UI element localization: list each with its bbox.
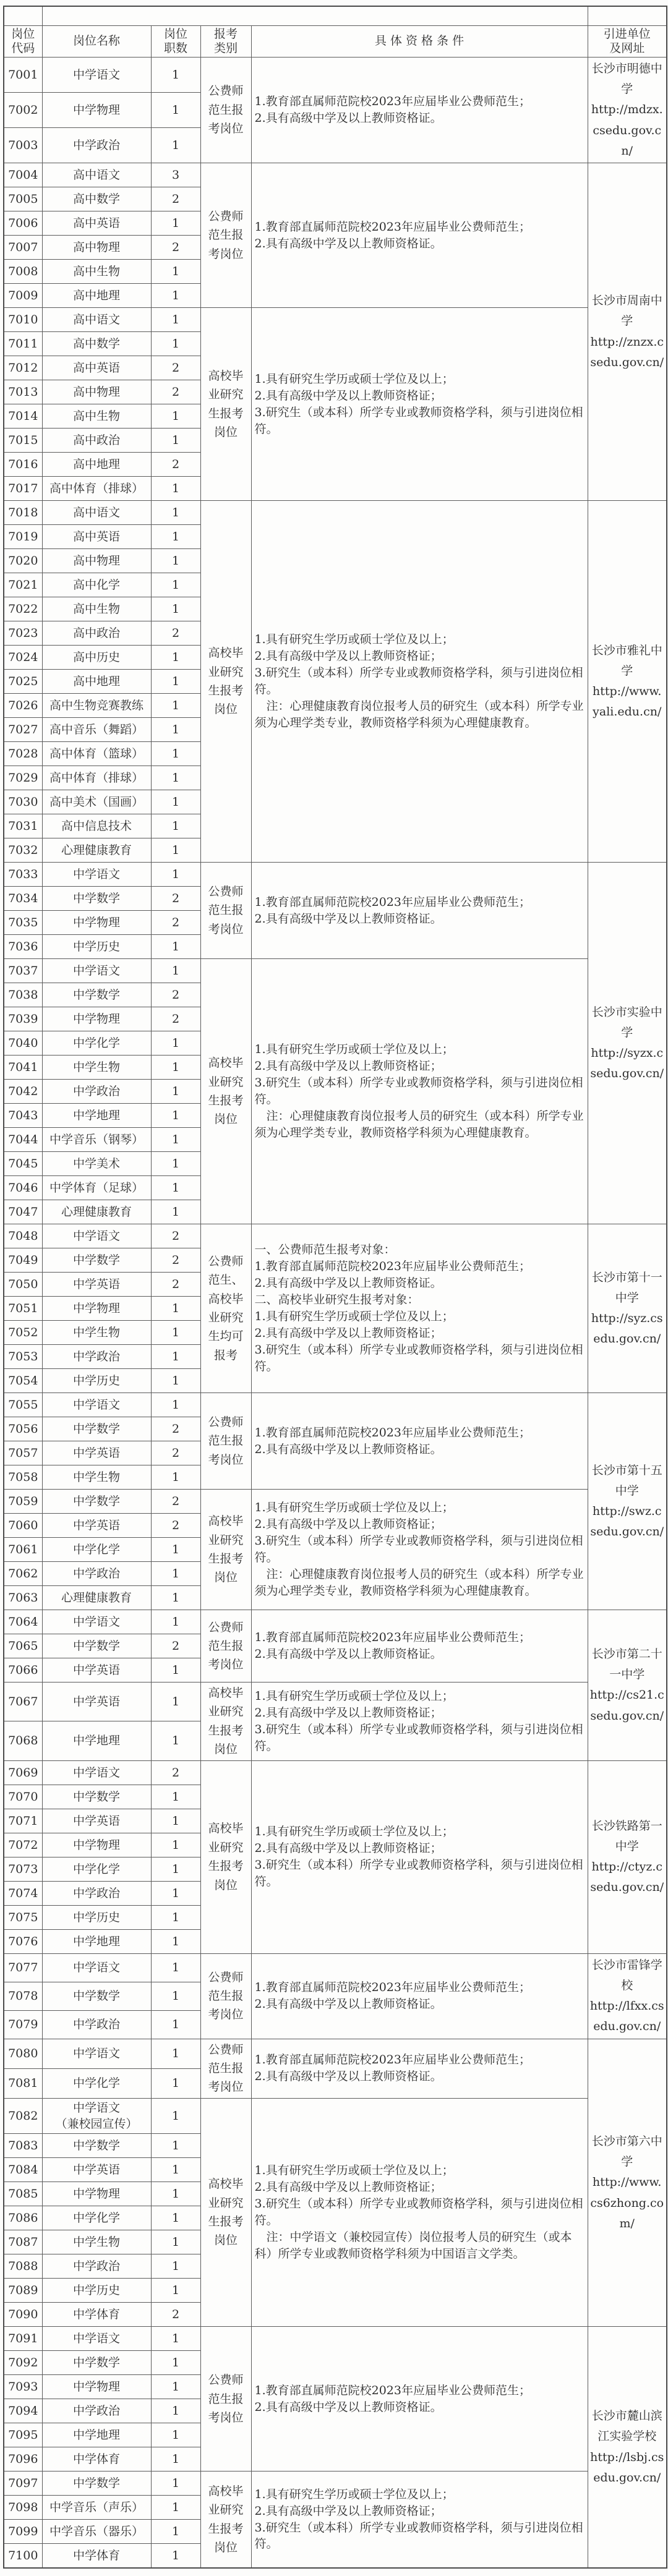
position-code-cell: 7043 (4, 1104, 42, 1128)
unit-school-name: 长沙市雅礼中学 (590, 641, 665, 682)
application-category-cell: 高校毕业研究生报考岗位 (200, 1490, 251, 1610)
position-count-cell: 1 (151, 2544, 200, 2568)
position-name-cell: 中学语文 (42, 2327, 151, 2351)
position-code-cell: 7052 (4, 1321, 42, 1345)
position-code-cell: 7039 (4, 1007, 42, 1031)
position-code-cell: 7088 (4, 2254, 42, 2279)
position-name-cell: 中学数学 (42, 2351, 151, 2375)
unit-school-name: 长沙市明德中学 (590, 59, 665, 100)
position-count-cell: 1 (151, 2399, 200, 2423)
position-code-cell: 7096 (4, 2447, 42, 2472)
position-count-cell: 1 (151, 1683, 200, 1721)
position-count-cell: 1 (151, 57, 200, 92)
position-code-cell: 7063 (4, 1586, 42, 1610)
position-code-cell: 7074 (4, 1881, 42, 1905)
qualification-conditions-cell: 一、公费师范生报考对象： 1.教育部直属师范院校2023年应届毕业公费师范生； … (251, 1224, 588, 1393)
position-code-cell: 7045 (4, 1152, 42, 1176)
position-code-cell: 7089 (4, 2279, 42, 2303)
position-name-cell: 高中物理 (42, 236, 151, 260)
application-category-cell: 公费师范生报考岗位 (200, 2327, 251, 2472)
position-name-cell: 中学体育 (42, 2447, 151, 2472)
position-name-cell: 中学化学 (42, 2206, 151, 2230)
position-count-cell: 1 (151, 2279, 200, 2303)
positions-table-body: 7001中学语文1公费师范生报考岗位1.教育部直属师范院校2023年应届毕业公费… (4, 57, 667, 2567)
position-count-cell: 1 (151, 1152, 200, 1176)
position-name-cell: 中学物理 (42, 911, 151, 935)
position-row: 7064中学语文1公费师范生报考岗位1.教育部直属师范院校2023年应届毕业公费… (4, 1610, 667, 1634)
header-position-code: 岗位 代码 (4, 25, 42, 57)
unit-school-name: 长沙市第二十一中学 (590, 1644, 665, 1686)
position-code-cell: 7070 (4, 1785, 42, 1809)
position-code-cell: 7034 (4, 887, 42, 911)
position-row: 7082中学语文 （兼校园宣传）1高校毕业研究生报考岗位1.具有研究生学历或硕士… (4, 2098, 667, 2133)
position-count-cell: 2 (151, 1490, 200, 1514)
position-code-cell: 7044 (4, 1128, 42, 1152)
position-name-cell: 中学化学 (42, 1031, 151, 1056)
position-row: 7033中学语文1公费师范生报考岗位1.教育部直属师范院校2023年应届毕业公费… (4, 863, 667, 887)
position-code-cell: 7014 (4, 404, 42, 429)
position-code-cell: 7047 (4, 1200, 42, 1224)
unit-website-url: http://znzx.csedu.gov.cn/ (590, 332, 665, 373)
qualification-conditions-cell: 1.教育部直属师范院校2023年应届毕业公费师范生； 2.具有高级中学及以上教师… (251, 1953, 588, 2039)
position-name-cell: 中学历史 (42, 1905, 151, 1929)
position-name-cell: 中学政治 (42, 2010, 151, 2039)
position-name-cell: 中学英语 (42, 1514, 151, 1538)
position-count-cell: 1 (151, 1982, 200, 2010)
application-category-cell: 公费师范生报考岗位 (200, 1953, 251, 2039)
unit-school-name: 长沙市麓山滨江实验学校 (590, 2406, 665, 2447)
application-category-cell: 公费师范生报考岗位 (200, 863, 251, 959)
position-count-cell: 1 (151, 2375, 200, 2399)
position-row: 7004高中语文3公费师范生报考岗位1.教育部直属师范院校2023年应届毕业公费… (4, 163, 667, 187)
application-category-cell: 高校毕业研究生报考岗位 (200, 959, 251, 1224)
position-count-cell: 1 (151, 2351, 200, 2375)
position-row: 7067中学英语1高校毕业研究生报考岗位1.具有研究生学历或硕士学位及以上； 2… (4, 1683, 667, 1721)
position-count-cell: 1 (151, 959, 200, 983)
position-count-cell: 1 (151, 694, 200, 718)
position-count-cell: 1 (151, 1031, 200, 1056)
position-count-cell: 1 (151, 790, 200, 814)
position-code-cell: 7066 (4, 1658, 42, 1683)
unit-website-url: http://cs21.csedu.gov.cn/ (590, 1685, 665, 1726)
position-count-cell: 1 (151, 1176, 200, 1200)
position-code-cell: 7056 (4, 1417, 42, 1441)
position-name-cell: 中学英语 (42, 1273, 151, 1297)
application-category-cell: 公费师范生报考岗位 (200, 163, 251, 308)
position-code-cell: 7025 (4, 670, 42, 694)
position-name-cell: 心理健康教育 (42, 1586, 151, 1610)
position-row: 7069中学语文2高校毕业研究生报考岗位1.具有研究生学历或硕士学位及以上； 2… (4, 1760, 667, 1785)
position-code-cell: 7046 (4, 1176, 42, 1200)
unit-school-name: 长沙市第十一中学 (590, 1268, 665, 1309)
position-code-cell: 7029 (4, 766, 42, 790)
unit-website-url: http://mdzx.csedu.gov.cn/ (590, 100, 665, 161)
header-unit-and-website: 引进单位 及网址 (588, 25, 667, 57)
application-category-cell: 高校毕业研究生报考岗位 (200, 501, 251, 863)
position-count-cell: 1 (151, 1393, 200, 1417)
position-code-cell: 7083 (4, 2134, 42, 2158)
position-name-cell: 高中物理 (42, 549, 151, 573)
unit-cell: 长沙市实验中学http://syzx.csedu.gov.cn/ (588, 863, 667, 1224)
position-name-cell: 中学历史 (42, 2279, 151, 2303)
position-count-cell: 1 (151, 1953, 200, 1982)
position-count-cell: 2 (151, 911, 200, 935)
position-count-cell: 1 (151, 718, 200, 742)
position-count-cell: 1 (151, 2068, 200, 2098)
position-code-cell: 7086 (4, 2206, 42, 2230)
unit-website-url: http://lfxx.csedu.gov.cn/ (590, 1996, 665, 2037)
unit-school-name: 长沙市实验中学 (590, 1002, 665, 1044)
unit-website-url: http://syz.csedu.gov.cn/ (590, 1308, 665, 1350)
position-count-cell: 1 (151, 742, 200, 766)
position-code-cell: 7079 (4, 2010, 42, 2039)
qualification-conditions-cell: 1.具有研究生学历或硕士学位及以上； 2.具有高级中学及以上教师资格证； 3.研… (251, 2098, 588, 2326)
application-category-cell: 高校毕业研究生报考岗位 (200, 308, 251, 501)
position-code-cell: 7067 (4, 1683, 42, 1721)
header-position-name: 岗位名称 (42, 25, 151, 57)
position-row: 7055中学语文1公费师范生报考岗位1.教育部直属师范院校2023年应届毕业公费… (4, 1393, 667, 1417)
unit-cell: 长沙市明德中学http://mdzx.csedu.gov.cn/ (588, 57, 667, 163)
position-code-cell: 7037 (4, 959, 42, 983)
position-name-cell: 中学数学 (42, 1982, 151, 2010)
position-row: 7010高中语文1高校毕业研究生报考岗位1.具有研究生学历或硕士学位及以上； 2… (4, 308, 667, 332)
position-name-cell: 中学英语 (42, 1658, 151, 1683)
position-name-cell: 高中英语 (42, 211, 151, 236)
position-name-cell: 心理健康教育 (42, 838, 151, 863)
position-name-cell: 中学语文 (42, 2039, 151, 2068)
position-row: 7080中学语文1公费师范生报考岗位1.教育部直属师范院校2023年应届毕业公费… (4, 2039, 667, 2068)
position-count-cell: 1 (151, 1056, 200, 1080)
position-count-cell: 1 (151, 1200, 200, 1224)
position-code-cell: 7071 (4, 1809, 42, 1833)
position-count-cell: 1 (151, 477, 200, 501)
position-name-cell: 中学数学 (42, 887, 151, 911)
qualification-conditions-cell: 1.具有研究生学历或硕士学位及以上； 2.具有高级中学及以上教师资格证； 3.研… (251, 1760, 588, 1953)
position-count-cell: 1 (151, 1321, 200, 1345)
position-count-cell: 1 (151, 92, 200, 127)
unit-school-name: 长沙铁路第一中学 (590, 1816, 665, 1857)
unit-website-url: http://swz.csedu.gov.cn/ (590, 1501, 665, 1543)
position-name-cell: 中学英语 (42, 2158, 151, 2182)
position-code-cell: 7077 (4, 1953, 42, 1982)
position-count-cell: 1 (151, 766, 200, 790)
position-code-cell: 7090 (4, 2303, 42, 2327)
position-code-cell: 7021 (4, 573, 42, 597)
position-count-cell: 1 (151, 260, 200, 284)
position-code-cell: 7015 (4, 429, 42, 453)
blank-cell-left (4, 6, 42, 25)
position-count-cell: 2 (151, 236, 200, 260)
position-count-cell: 1 (151, 646, 200, 670)
position-name-cell: 中学体育 (42, 2303, 151, 2327)
position-code-cell: 7016 (4, 453, 42, 477)
position-code-cell: 7050 (4, 1273, 42, 1297)
unit-cell: 长沙市麓山滨江实验学校http://lsbj.csedu.gov.cn/ (588, 2327, 667, 2568)
position-count-cell: 1 (151, 1721, 200, 1760)
position-count-cell: 1 (151, 1857, 200, 1881)
position-name-cell: 中学语文 (42, 1760, 151, 1785)
position-count-cell: 1 (151, 863, 200, 887)
position-code-cell: 7032 (4, 838, 42, 863)
position-code-cell: 7080 (4, 2039, 42, 2068)
position-count-cell: 1 (151, 1881, 200, 1905)
position-count-cell: 1 (151, 549, 200, 573)
position-count-cell: 1 (151, 573, 200, 597)
position-code-cell: 7054 (4, 1369, 42, 1393)
position-code-cell: 7040 (4, 1031, 42, 1056)
position-name-cell: 中学语文 (42, 1953, 151, 1982)
position-code-cell: 7085 (4, 2182, 42, 2206)
qualification-conditions-cell: 1.具有研究生学历或硕士学位及以上； 2.具有高级中学及以上教师资格证； 3.研… (251, 308, 588, 501)
blank-cell-right (588, 6, 667, 25)
position-count-cell: 2 (151, 380, 200, 404)
position-count-cell: 1 (151, 2447, 200, 2472)
position-name-cell: 中学生物 (42, 1321, 151, 1345)
header-qualification-conditions: 具 体 资 格 条 件 (251, 25, 588, 57)
unit-cell: 长沙市第二十一中学http://cs21.csedu.gov.cn/ (588, 1610, 667, 1761)
position-name-cell: 中学地理 (42, 1104, 151, 1128)
position-count-cell: 2 (151, 1273, 200, 1297)
position-code-cell: 7097 (4, 2472, 42, 2496)
position-code-cell: 7095 (4, 2423, 42, 2447)
position-name-cell: 高中语文 (42, 501, 151, 525)
position-count-cell: 1 (151, 814, 200, 838)
unit-school-name: 长沙市周南中学 (590, 291, 665, 332)
position-name-cell: 高中化学 (42, 573, 151, 597)
position-count-cell: 1 (151, 1465, 200, 1490)
position-count-cell: 3 (151, 163, 200, 187)
position-count-cell: 1 (151, 838, 200, 863)
position-name-cell: 中学体育（足球） (42, 1176, 151, 1200)
position-name-cell: 中学地理 (42, 2423, 151, 2447)
position-name-cell: 中学化学 (42, 1538, 151, 1562)
position-name-cell: 中学数学 (42, 1785, 151, 1809)
position-row: 7048中学语文2公费师范生、高校毕业研究生均可报考一、公费师范生报考对象： 1… (4, 1224, 667, 1248)
position-code-cell: 7049 (4, 1248, 42, 1273)
unit-website-url: http://syzx.csedu.gov.cn/ (590, 1043, 665, 1085)
position-code-cell: 7003 (4, 128, 42, 163)
position-code-cell: 7059 (4, 1490, 42, 1514)
qualification-conditions-cell: 1.教育部直属师范院校2023年应届毕业公费师范生； 2.具有高级中学及以上教师… (251, 2039, 588, 2098)
position-code-cell: 7017 (4, 477, 42, 501)
position-count-cell: 1 (151, 2230, 200, 2254)
position-count-cell: 1 (151, 525, 200, 549)
position-code-cell: 7028 (4, 742, 42, 766)
position-code-cell: 7082 (4, 2098, 42, 2133)
position-code-cell: 7048 (4, 1224, 42, 1248)
position-name-cell: 高中地理 (42, 453, 151, 477)
position-count-cell: 1 (151, 2327, 200, 2351)
position-code-cell: 7036 (4, 935, 42, 959)
position-name-cell: 中学物理 (42, 2375, 151, 2399)
position-name-cell: 高中生物 (42, 597, 151, 621)
position-name-cell: 中学英语 (42, 1809, 151, 1833)
position-name-cell: 高中地理 (42, 670, 151, 694)
position-name-cell: 高中政治 (42, 429, 151, 453)
position-name-cell: 高中生物竞赛教练 (42, 694, 151, 718)
position-row: 7097中学数学1高校毕业研究生报考岗位1.具有研究生学历或硕士学位及以上； 2… (4, 2472, 667, 2496)
position-count-cell: 1 (151, 2010, 200, 2039)
position-name-cell: 中学英语 (42, 1683, 151, 1721)
position-name-cell: 高中语文 (42, 308, 151, 332)
position-name-cell: 中学音乐（器乐） (42, 2520, 151, 2544)
position-code-cell: 7042 (4, 1080, 42, 1104)
position-count-cell: 2 (151, 887, 200, 911)
position-count-cell: 1 (151, 284, 200, 308)
position-name-cell: 中学政治 (42, 2399, 151, 2423)
position-code-cell: 7030 (4, 790, 42, 814)
unit-school-name: 长沙市第六中学 (590, 2131, 665, 2173)
position-code-cell: 7027 (4, 718, 42, 742)
position-count-cell: 1 (151, 2472, 200, 2496)
position-code-cell: 7093 (4, 2375, 42, 2399)
position-code-cell: 7100 (4, 2544, 42, 2568)
position-code-cell: 7010 (4, 308, 42, 332)
position-count-cell: 2 (151, 1634, 200, 1658)
position-name-cell: 中学数学 (42, 1417, 151, 1441)
header-position-count: 岗位 职数 (151, 25, 200, 57)
position-count-cell: 1 (151, 2134, 200, 2158)
application-category-cell: 高校毕业研究生报考岗位 (200, 1760, 251, 1953)
position-name-cell: 中学体育 (42, 2544, 151, 2568)
position-count-cell: 2 (151, 983, 200, 1007)
position-code-cell: 7023 (4, 621, 42, 646)
position-name-cell: 中学地理 (42, 1721, 151, 1760)
qualification-conditions-cell: 1.教育部直属师范院校2023年应届毕业公费师范生； 2.具有高级中学及以上教师… (251, 863, 588, 959)
position-count-cell: 1 (151, 128, 200, 163)
position-name-cell: 高中语文 (42, 163, 151, 187)
position-code-cell: 7004 (4, 163, 42, 187)
table-top-blank-row (4, 6, 667, 25)
position-name-cell: 高中政治 (42, 621, 151, 646)
position-name-cell: 中学生物 (42, 1056, 151, 1080)
document-page: 岗位 代码 岗位名称 岗位 职数 报考 类别 具 体 资 格 条 件 引进单位 … (0, 0, 668, 2576)
position-count-cell: 1 (151, 2496, 200, 2520)
position-count-cell: 1 (151, 1538, 200, 1562)
position-code-cell: 7060 (4, 1514, 42, 1538)
position-name-cell: 中学历史 (42, 1369, 151, 1393)
position-count-cell: 1 (151, 1833, 200, 1857)
position-count-cell: 1 (151, 935, 200, 959)
position-count-cell: 1 (151, 1369, 200, 1393)
position-name-cell: 中学美术 (42, 1152, 151, 1176)
qualification-conditions-cell: 1.具有研究生学历或硕士学位及以上； 2.具有高级中学及以上教师资格证； 3.研… (251, 2472, 588, 2568)
position-name-cell: 高中地理 (42, 284, 151, 308)
position-count-cell: 1 (151, 1562, 200, 1586)
position-name-cell: 中学英语 (42, 1441, 151, 1465)
position-code-cell: 7041 (4, 1056, 42, 1080)
position-code-cell: 7073 (4, 1857, 42, 1881)
qualification-conditions-cell: 1.教育部直属师范院校2023年应届毕业公费师范生； 2.具有高级中学及以上教师… (251, 1393, 588, 1490)
position-count-cell: 1 (151, 429, 200, 453)
position-name-cell: 中学政治 (42, 1881, 151, 1905)
unit-cell: 长沙市第六中学http://www.cs6zhong.com/ (588, 2039, 667, 2327)
position-name-cell: 中学物理 (42, 1833, 151, 1857)
position-code-cell: 7068 (4, 1721, 42, 1760)
unit-website-url: http://lsbj.csedu.gov.cn/ (590, 2447, 665, 2489)
position-code-cell: 7018 (4, 501, 42, 525)
unit-cell: 长沙市雷锋学校http://lfxx.csedu.gov.cn/ (588, 1953, 667, 2039)
position-code-cell: 7084 (4, 2158, 42, 2182)
application-category-cell: 高校毕业研究生报考岗位 (200, 2472, 251, 2568)
qualification-conditions-cell: 1.具有研究生学历或硕士学位及以上； 2.具有高级中学及以上教师资格证； 3.研… (251, 959, 588, 1224)
application-category-cell: 公费师范生报考岗位 (200, 1393, 251, 1490)
qualification-conditions-cell: 1.教育部直属师范院校2023年应届毕业公费师范生； 2.具有高级中学及以上教师… (251, 57, 588, 163)
position-count-cell: 1 (151, 597, 200, 621)
position-name-cell: 中学音乐（钢琴） (42, 1128, 151, 1152)
position-count-cell: 1 (151, 404, 200, 429)
qualification-conditions-cell: 1.具有研究生学历或硕士学位及以上； 2.具有高级中学及以上教师资格证； 3.研… (251, 501, 588, 863)
position-code-cell: 7099 (4, 2520, 42, 2544)
position-name-cell: 中学语文 (42, 1610, 151, 1634)
position-count-cell: 2 (151, 453, 200, 477)
position-code-cell: 7098 (4, 2496, 42, 2520)
unit-school-name: 长沙市雷锋学校 (590, 1955, 665, 1997)
position-name-cell: 中学语文 (42, 57, 151, 92)
position-code-cell: 7091 (4, 2327, 42, 2351)
position-code-cell: 7057 (4, 1441, 42, 1465)
position-code-cell: 7065 (4, 1634, 42, 1658)
position-code-cell: 7061 (4, 1538, 42, 1562)
position-count-cell: 2 (151, 1514, 200, 1538)
qualification-conditions-cell: 1.教育部直属师范院校2023年应届毕业公费师范生； 2.具有高级中学及以上教师… (251, 1610, 588, 1683)
position-name-cell: 中学数学 (42, 2472, 151, 2496)
position-code-cell: 7092 (4, 2351, 42, 2375)
qualification-conditions-cell: 1.具有研究生学历或硕士学位及以上； 2.具有高级中学及以上教师资格证； 3.研… (251, 1683, 588, 1761)
position-name-cell: 高中体育（排球） (42, 477, 151, 501)
qualification-conditions-cell: 1.教育部直属师范院校2023年应届毕业公费师范生； 2.具有高级中学及以上教师… (251, 163, 588, 308)
position-name-cell: 中学政治 (42, 1345, 151, 1369)
position-count-cell: 2 (151, 1417, 200, 1441)
unit-website-url: http://www.cs6zhong.com/ (590, 2172, 665, 2234)
position-count-cell: 1 (151, 1785, 200, 1809)
application-category-cell: 高校毕业研究生报考岗位 (200, 2098, 251, 2326)
unit-website-url: http://www.yali.edu.cn/ (590, 681, 665, 723)
position-code-cell: 7094 (4, 2399, 42, 2423)
position-name-cell: 中学政治 (42, 1080, 151, 1104)
position-row: 7077中学语文1公费师范生报考岗位1.教育部直属师范院校2023年应届毕业公费… (4, 1953, 667, 1982)
position-code-cell: 7038 (4, 983, 42, 1007)
position-count-cell: 2 (151, 1224, 200, 1248)
position-code-cell: 7002 (4, 92, 42, 127)
position-count-cell: 2 (151, 1007, 200, 1031)
unit-cell: 长沙铁路第一中学http://ctyz.csedu.gov.cn/ (588, 1760, 667, 1953)
position-name-cell: 中学生物 (42, 1465, 151, 1490)
position-count-cell: 1 (151, 2182, 200, 2206)
position-name-cell: 中学语文 (42, 1393, 151, 1417)
positions-table: 岗位 代码 岗位名称 岗位 职数 报考 类别 具 体 资 格 条 件 引进单位 … (3, 6, 667, 2569)
position-name-cell: 中学物理 (42, 1297, 151, 1321)
application-category-cell: 高校毕业研究生报考岗位 (200, 1683, 251, 1761)
position-name-cell: 高中体育（排球） (42, 766, 151, 790)
position-count-cell: 1 (151, 211, 200, 236)
position-name-cell: 高中物理 (42, 380, 151, 404)
position-count-cell: 1 (151, 1905, 200, 1929)
position-code-cell: 7001 (4, 57, 42, 92)
position-count-cell: 1 (151, 1929, 200, 1953)
position-count-cell: 1 (151, 2158, 200, 2182)
position-name-cell: 高中英语 (42, 356, 151, 380)
position-code-cell: 7005 (4, 187, 42, 211)
position-code-cell: 7062 (4, 1562, 42, 1586)
position-count-cell: 1 (151, 1586, 200, 1610)
position-code-cell: 7022 (4, 597, 42, 621)
position-name-cell: 高中生物 (42, 404, 151, 429)
position-name-cell: 中学语文 (42, 1224, 151, 1248)
position-code-cell: 7087 (4, 2230, 42, 2254)
position-name-cell: 中学化学 (42, 2068, 151, 2098)
qualification-conditions-cell: 1.教育部直属师范院校2023年应届毕业公费师范生； 2.具有高级中学及以上教师… (251, 2327, 588, 2472)
